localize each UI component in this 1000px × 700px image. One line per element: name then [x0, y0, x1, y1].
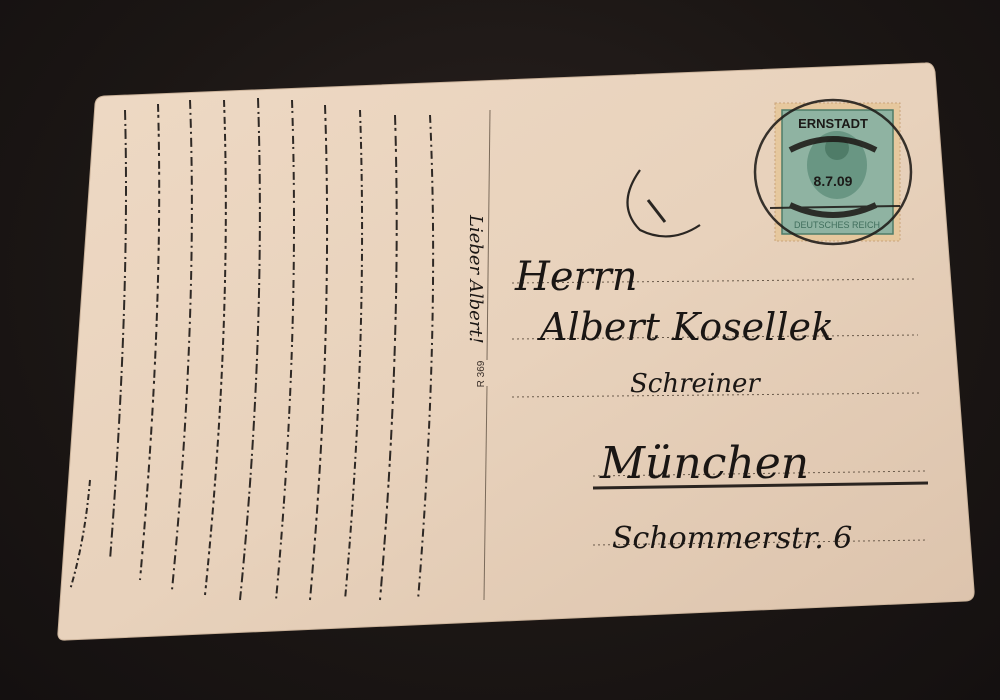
address-occupation: Schreiner — [630, 369, 761, 399]
address-street: Schommerstr. 6 — [612, 521, 852, 556]
postmark-date: 8.7.09 — [814, 173, 853, 189]
message-greeting: Lieber Albert! — [465, 214, 486, 344]
postcard-photo: R 369 DEUTSCHES REICH ERNSTADT 8.7.09 — [0, 0, 1000, 700]
address-city: München — [599, 438, 809, 489]
stamp-country: DEUTSCHES REICH — [794, 220, 880, 230]
postmark-town: ERNSTADT — [798, 116, 868, 131]
print-code: R 369 — [476, 360, 487, 387]
postcard-illustration: R 369 DEUTSCHES REICH ERNSTADT 8.7.09 — [0, 0, 1000, 700]
address-salutation: Herrn — [514, 254, 638, 300]
message-text: Lieber Albert! — [465, 214, 486, 344]
address-name: Albert Kosellek — [537, 305, 834, 349]
